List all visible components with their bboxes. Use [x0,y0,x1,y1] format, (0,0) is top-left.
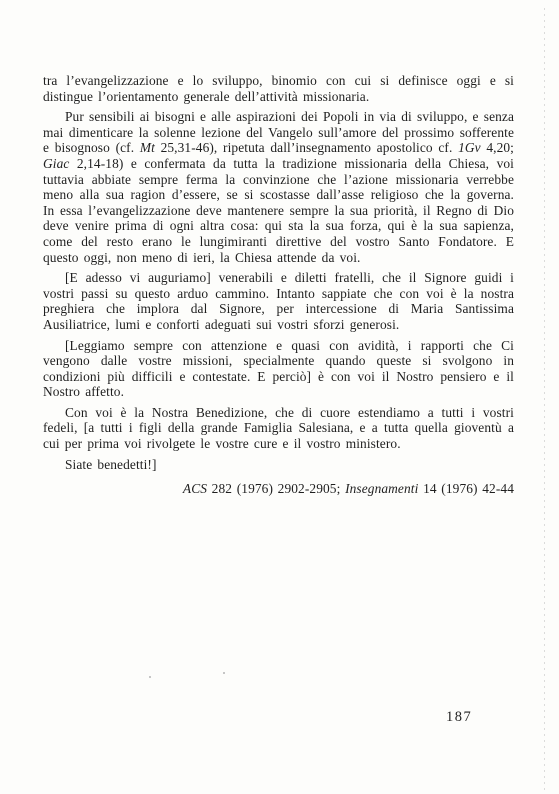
page-number: 187 [446,709,472,726]
scan-speck [223,672,225,674]
scan-edge-artifact [544,8,545,790]
paragraph: Pur sensibili ai bisogni e alle aspirazi… [43,109,514,265]
text-run: Siate benedetti!] [65,457,157,472]
paragraph: [Leggiamo sempre con attenzione e quasi … [43,338,514,400]
paragraph: Siate benedetti!] [43,457,514,473]
scan-speck [149,676,151,678]
italic-text-run: Mt [140,140,155,155]
text-run: 282 (1976) 2902-2905; [207,481,345,496]
text-run: 25,31-46), ripetuta dall’insegnamento ap… [155,140,458,155]
italic-text-run: Insegnamenti [345,481,418,496]
italic-text-run: Giac [43,156,69,171]
text-run: 4,20; [481,140,514,155]
paragraph: tra l’evangelizzazione e lo sviluppo, bi… [43,73,514,104]
citation: ACS 282 (1976) 2902-2905; Insegnamenti 1… [43,481,514,497]
text-run: Con voi è la Nostra Benedizione, che di … [43,405,514,451]
text-run: 14 (1976) 42-44 [418,481,514,496]
text-run: 2,14-18) e confermata da tutta la tradiz… [43,156,514,265]
italic-text-run: ACS [183,481,207,496]
text-run: [E adesso vi auguriamo] venerabili e dil… [43,270,514,332]
text-run: [Leggiamo sempre con attenzione e quasi … [43,338,514,400]
paragraph: [E adesso vi auguriamo] venerabili e dil… [43,270,514,332]
paragraph: Con voi è la Nostra Benedizione, che di … [43,405,514,452]
text-run: tra l’evangelizzazione e lo sviluppo, bi… [43,73,514,104]
book-page: tra l’evangelizzazione e lo sviluppo, bi… [0,0,559,794]
italic-text-run: 1Gv [458,140,481,155]
page-text: tra l’evangelizzazione e lo sviluppo, bi… [43,73,514,497]
